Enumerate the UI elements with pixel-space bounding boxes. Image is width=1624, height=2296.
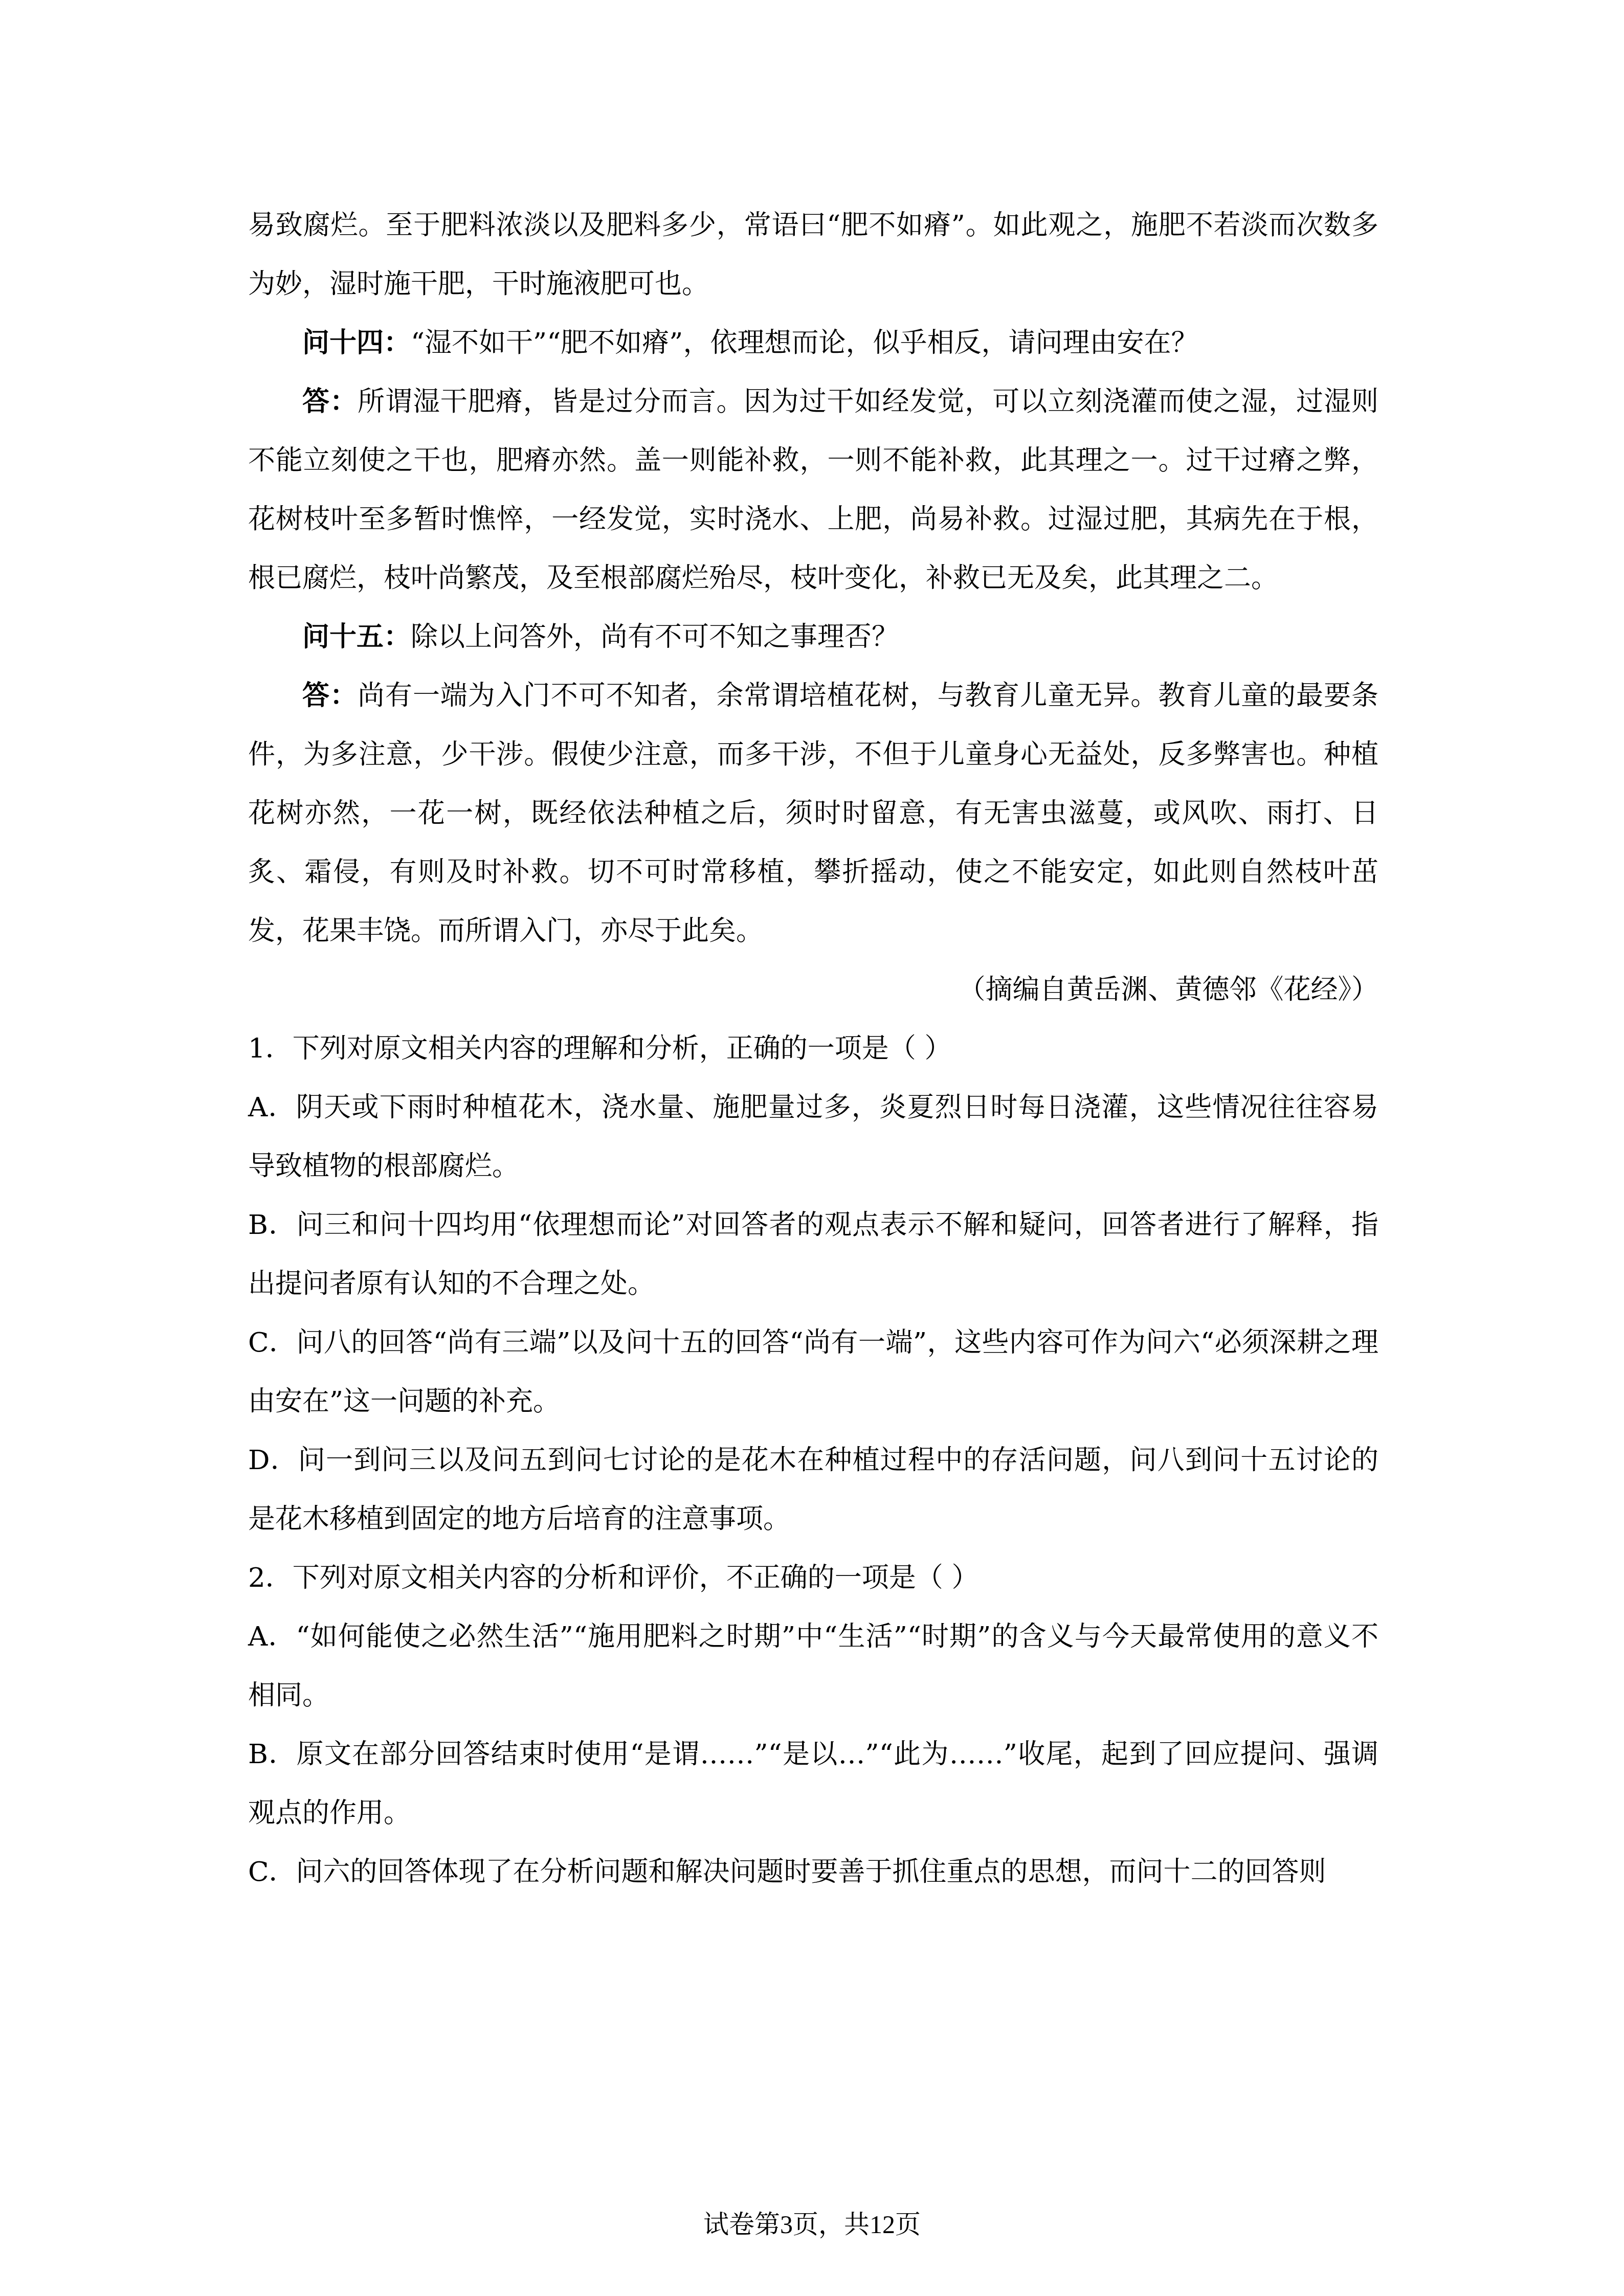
answer-15-text: 尚有一端为入门不可不知者，余常谓培植花树，与教育儿童无异。教育儿童的最要条件，为…: [248, 680, 1378, 947]
question-1-option-d[interactable]: D．问一到问三以及问五到问七讨论的是花木在种植过程中的存活问题，问八到问十五讨论…: [248, 1431, 1378, 1548]
question-2-stem: 2．下列对原文相关内容的分析和评价，不正确的一项是（ ）: [248, 1548, 1378, 1607]
question-1-option-c[interactable]: C．问八的回答“尚有三端”以及问十五的回答“尚有一端”，这些内容可作为问六“必须…: [248, 1313, 1378, 1431]
question-14-text: “湿不如干”“肥不如瘠”，依理想而论，似乎相反，请问理由安在？: [411, 327, 1198, 358]
answer-14-label: 答：: [302, 386, 358, 417]
question-15: 问十五：除以上问答外，尚有不可不知之事理否？: [248, 607, 1378, 666]
page-footer: 试卷第3页，共12页: [0, 2207, 1624, 2242]
answer-14-text: 所谓湿干肥瘠，皆是过分而言。因为过干如经发觉，可以立刻浇灌而使之湿，过湿则不能立…: [248, 386, 1378, 594]
answer-15-label: 答：: [302, 680, 358, 711]
answer-14: 答：所谓湿干肥瘠，皆是过分而言。因为过干如经发觉，可以立刻浇灌而使之湿，过湿则不…: [248, 372, 1378, 607]
question-2-option-b[interactable]: B．原文在部分回答结束时使用“是谓……”“是以…”“此为……”收尾，起到了回应提…: [248, 1725, 1378, 1842]
question-2-block: 2．下列对原文相关内容的分析和评价，不正确的一项是（ ） A．“如何能使之必然生…: [248, 1548, 1378, 1901]
passage-continuation: 易致腐烂。至于肥料浓淡以及肥料多少，常语曰“肥不如瘠”。如此观之，施肥不若淡而次…: [248, 196, 1378, 313]
question-1-block: 1．下列对原文相关内容的理解和分析，正确的一项是（ ） A．阴天或下雨时种植花木…: [248, 1019, 1378, 1548]
question-1-option-b[interactable]: B．问三和问十四均用“依理想而论”对回答者的观点表示不解和疑问，回答者进行了解释…: [248, 1196, 1378, 1313]
page-number-label: 试卷第3页，共12页: [703, 2210, 921, 2239]
question-14: 问十四：“湿不如干”“肥不如瘠”，依理想而论，似乎相反，请问理由安在？: [248, 313, 1378, 372]
question-15-text: 除以上问答外，尚有不可不知之事理否？: [411, 621, 899, 652]
passage-source-citation: （摘编自黄岳渊、黄德邻《花经》）: [248, 960, 1378, 1019]
question-14-label: 问十四：: [302, 327, 411, 358]
question-2-option-a[interactable]: A．“如何能使之必然生活”“施用肥料之时期”中“生活”“时期”的含义与今天最常使…: [248, 1607, 1378, 1725]
question-1-option-a[interactable]: A．阴天或下雨时种植花木，浇水量、施肥量过多，炎夏烈日时每日浇灌，这些情况往往容…: [248, 1078, 1378, 1196]
question-1-stem: 1．下列对原文相关内容的理解和分析，正确的一项是（ ）: [248, 1019, 1378, 1078]
exam-page-content: 易致腐烂。至于肥料浓淡以及肥料多少，常语曰“肥不如瘠”。如此观之，施肥不若淡而次…: [248, 196, 1378, 1901]
question-15-label: 问十五：: [302, 621, 411, 652]
question-2-option-c[interactable]: C．问六的回答体现了在分析问题和解决问题时要善于抓住重点的思想，而问十二的回答则: [248, 1842, 1378, 1901]
answer-15: 答：尚有一端为入门不可不知者，余常谓培植花树，与教育儿童无异。教育儿童的最要条件…: [248, 666, 1378, 960]
